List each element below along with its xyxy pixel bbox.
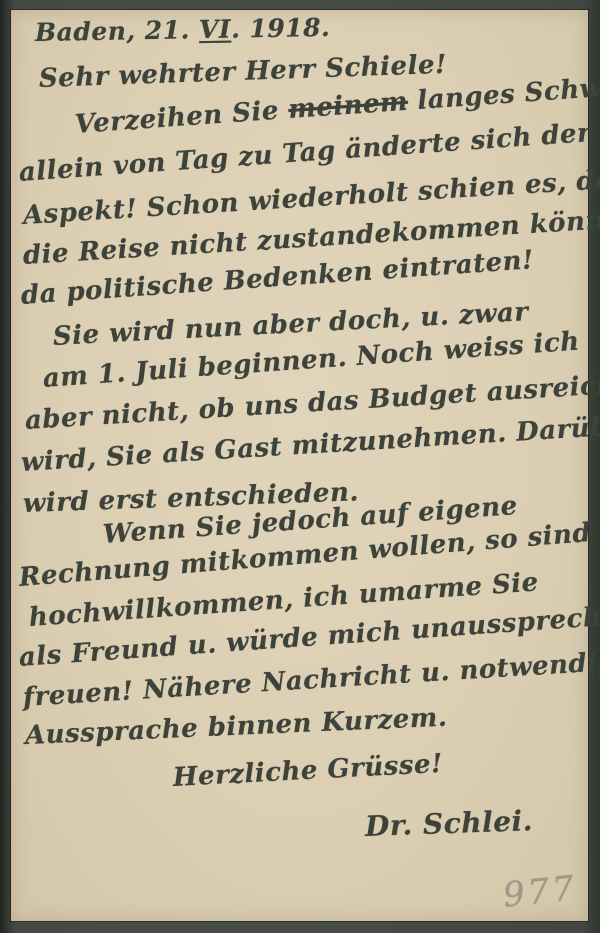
dateline-place-day: Baden, 21. xyxy=(35,15,199,47)
archive-number: 977 xyxy=(501,868,579,916)
body-line: Aussprache binnen Kurzem. xyxy=(24,703,448,751)
signature: Dr. Schlei. xyxy=(364,804,533,843)
dateline: Baden, 21. VI. 1918. xyxy=(35,13,331,47)
struck-word: meinem xyxy=(287,87,409,125)
scan-background: Baden, 21. VI. 1918. Sehr wehrter Herr S… xyxy=(0,0,600,933)
dateline-month-numeral: VI xyxy=(199,15,232,45)
closing: Herzliche Grüsse! xyxy=(172,749,443,793)
body-line-text: Verzeihen Sie xyxy=(74,95,289,140)
letter-paper: Baden, 21. VI. 1918. Sehr wehrter Herr S… xyxy=(11,10,588,921)
dateline-year: . 1918. xyxy=(231,13,331,44)
